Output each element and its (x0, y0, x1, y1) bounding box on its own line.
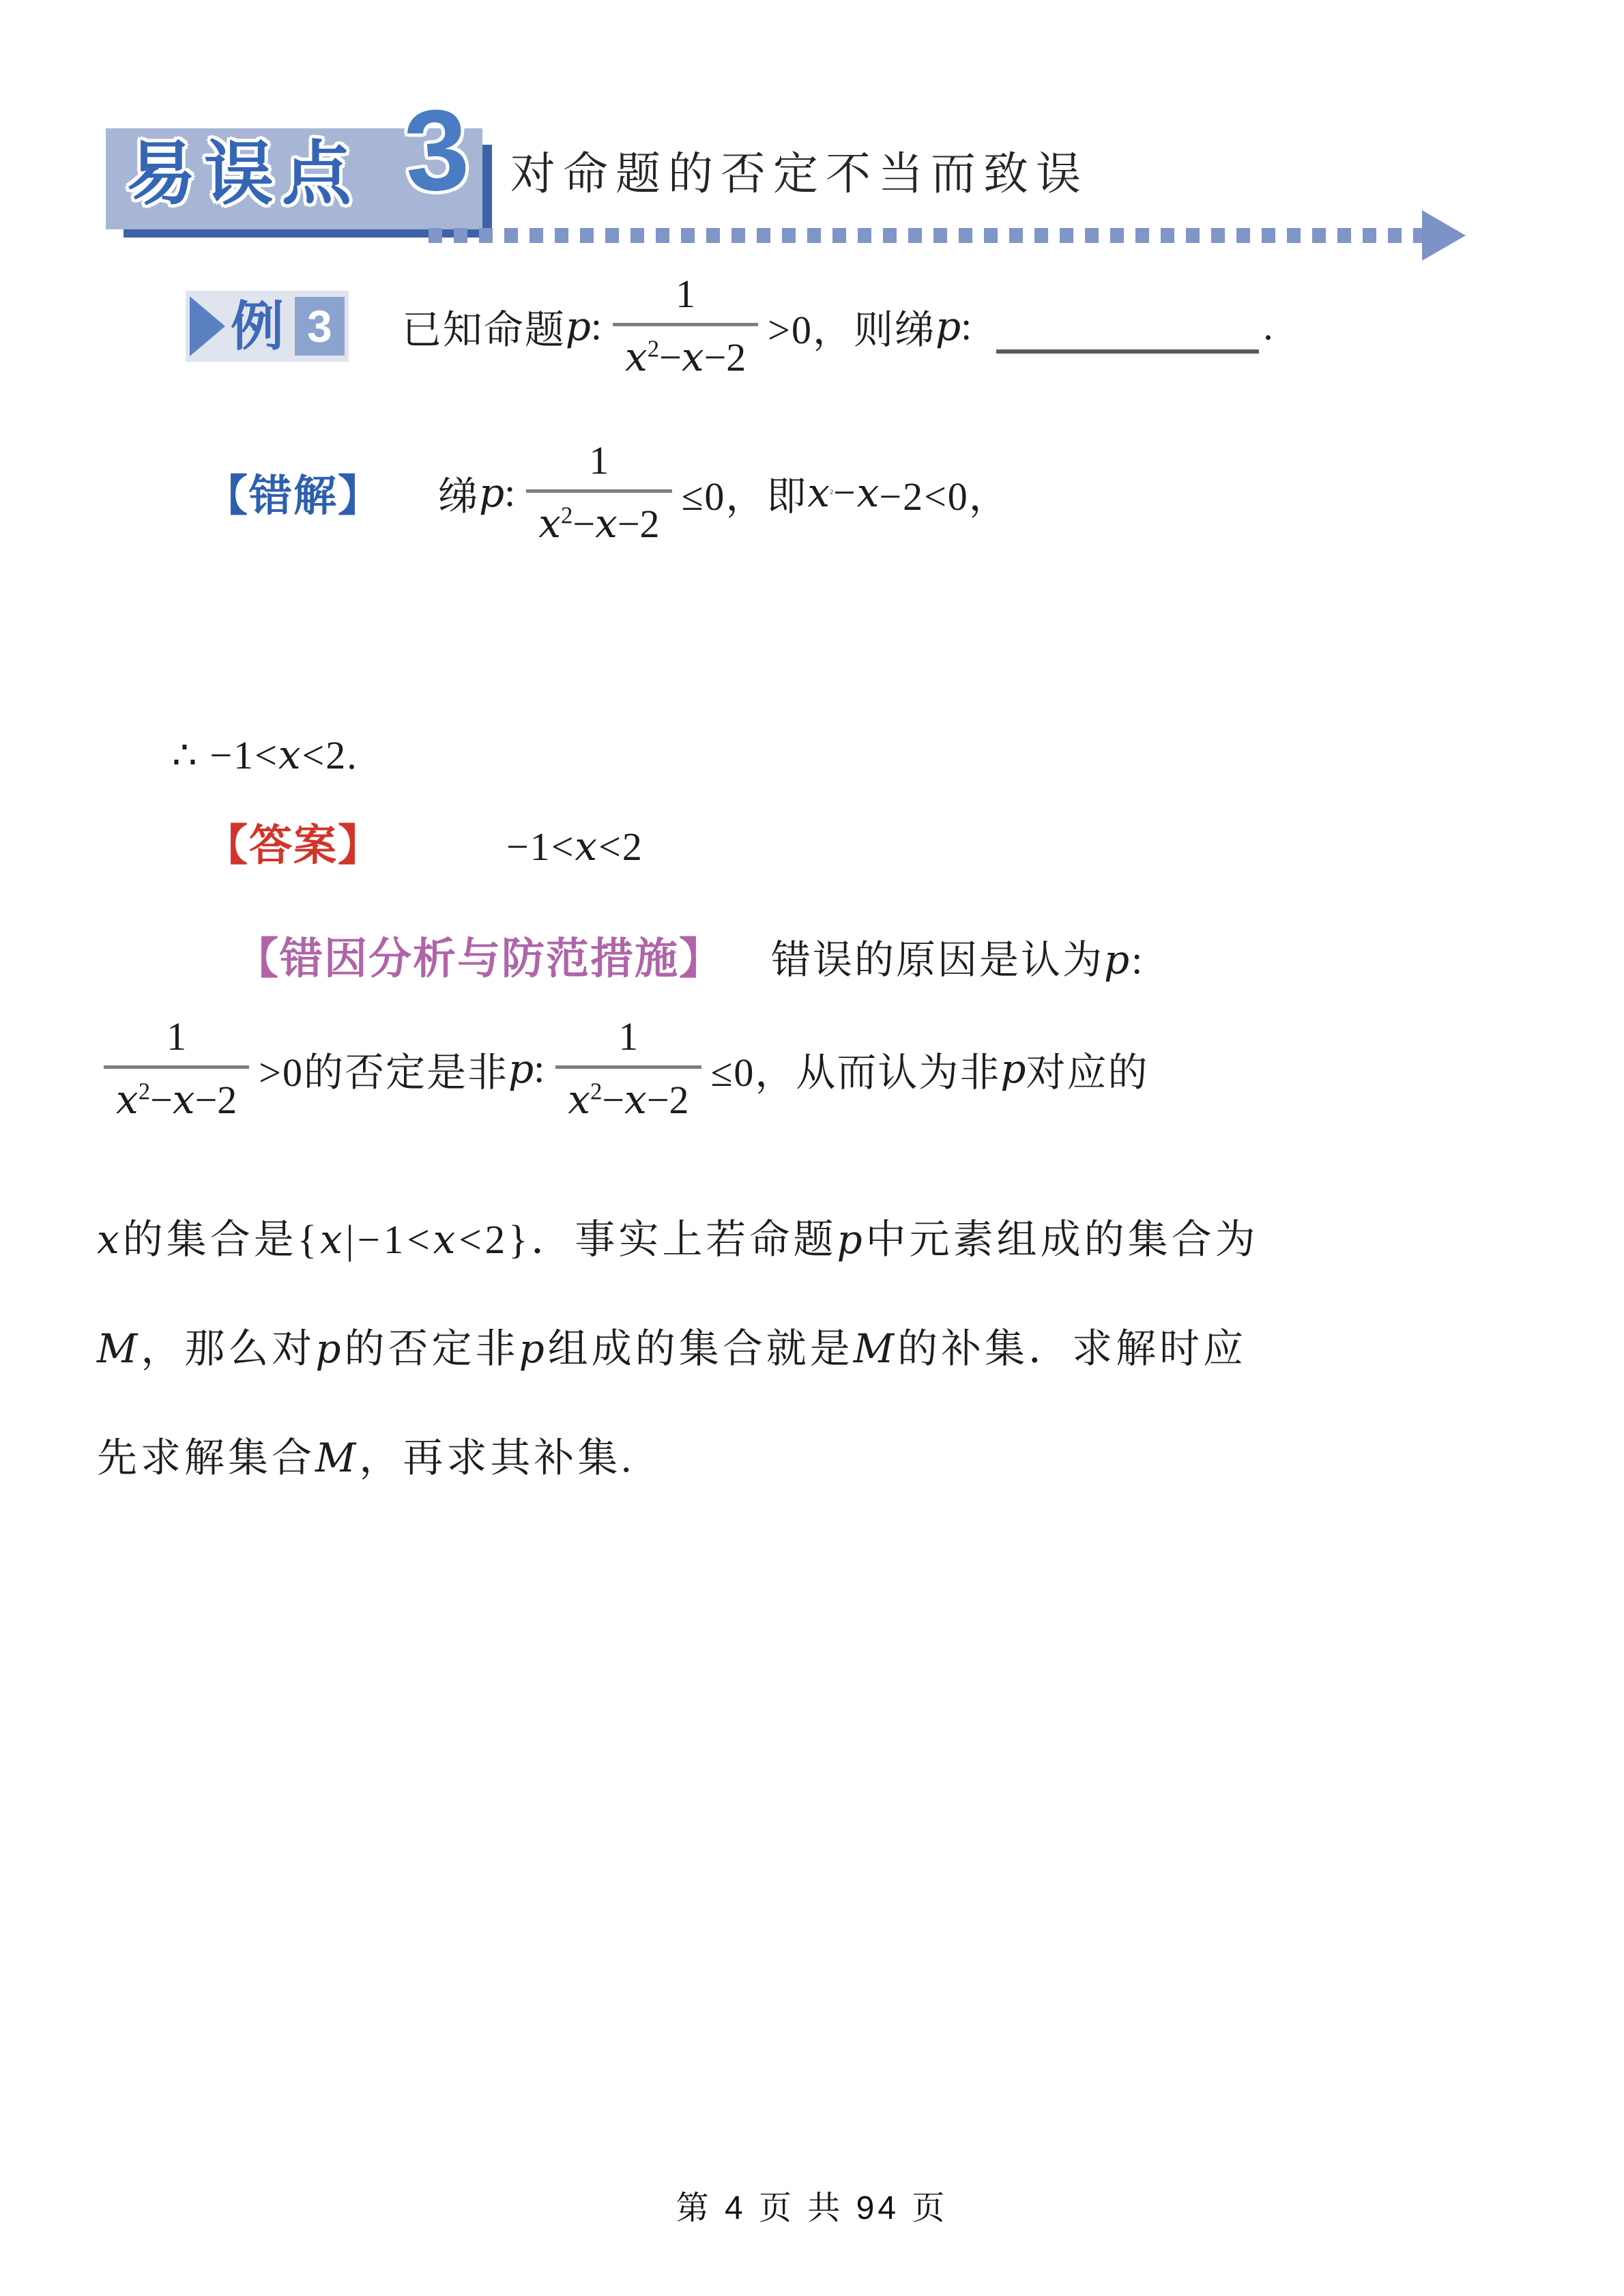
den-tail: −2 (704, 335, 746, 379)
example-lead-text: 已知命题 (402, 298, 566, 355)
exponent: 2 (648, 335, 659, 362)
error-point-badge: 易误点 3 (106, 128, 482, 229)
var-x: x (595, 500, 618, 547)
analysis-tail-text: 对应的 (1026, 1040, 1149, 1097)
example-label: 例 (231, 300, 284, 353)
var-p: p (519, 1325, 548, 1372)
inequality-text: >0， (768, 298, 854, 355)
exponent: 2 (561, 502, 572, 528)
minus: − (572, 502, 595, 546)
var-x: x (278, 732, 302, 778)
var-p: p (1000, 1046, 1026, 1092)
l2-c: <2}．事实上若命题 (459, 1217, 837, 1262)
l3-d: 的补集．求解时应 (897, 1326, 1247, 1371)
var-x: x (624, 1076, 647, 1123)
arrow-head-icon (1422, 210, 1466, 261)
var-x: x (97, 1216, 123, 1263)
var-x: x (807, 470, 830, 516)
var-M: M (97, 1325, 141, 1372)
answer-pre: −1< (506, 824, 575, 869)
conclusion-line: ∴ −1<x<2. (172, 732, 358, 778)
den-tail: −2 (618, 502, 660, 546)
colon: : (961, 303, 973, 349)
inequality-tail: −2<0， (879, 464, 1009, 521)
answer-label: 【答案】 (205, 822, 382, 870)
l3-a: ，那么对 (141, 1326, 315, 1371)
var-M: M (854, 1325, 897, 1372)
conclusion-tail: <2. (302, 733, 358, 777)
den-tail: −2 (195, 1078, 237, 1122)
var-p: p (936, 303, 961, 349)
fraction-denominator: x2−x−2 (613, 323, 758, 381)
var-p: p (479, 470, 504, 516)
colon: : (591, 303, 603, 349)
fraction: 1 x2−x−2 (526, 438, 671, 547)
example-badge: 例 3 (186, 291, 349, 362)
dashed-arrow-line (429, 228, 1426, 243)
fraction: 1 x2−x−2 (613, 272, 758, 380)
var-x: x (625, 334, 648, 380)
l4-b: ，再求其补集. (359, 1435, 635, 1480)
analysis-line-2: x的集合是{x|−1<x<2}．事实上若命题p中元素组成的集合为 (97, 1207, 1259, 1265)
therefore-text: ∴ −1< (172, 733, 278, 777)
analysis-line-4: 先求解集合M，再求其补集. (97, 1425, 635, 1483)
analysis-line-3: M，那么对p的否定非p组成的集合就是M的补集．求解时应 (97, 1316, 1247, 1374)
example-number: 3 (295, 297, 345, 356)
period: . (1263, 303, 1275, 349)
neg-symbol: 绨 (438, 464, 479, 521)
var-x: x (320, 1216, 346, 1263)
den-tail: −2 (647, 1078, 689, 1122)
l2-a: 的集合是{ (123, 1217, 320, 1262)
var-x: x (433, 1216, 459, 1263)
l3-b: 的否定非 (345, 1326, 519, 1371)
answer-row: 【答案】−1<x<2 (205, 811, 643, 873)
var-x: x (538, 500, 561, 547)
analysis-mid-text: >0的否定是非 (259, 1040, 508, 1097)
l3-c: 组成的集合就是 (548, 1326, 854, 1371)
l2-b: |−1< (346, 1217, 433, 1262)
analysis-heading-row: 【错因分析与防范措施】错误的原因是认为p: (235, 924, 1144, 986)
inequality-text: ≤0， (682, 464, 767, 521)
then-text: 则绨 (854, 298, 936, 355)
fraction: 1 x2−x−2 (555, 1014, 701, 1123)
var-x: x (857, 470, 880, 516)
fraction-numerator: 1 (618, 1014, 638, 1065)
colon: : (534, 1046, 546, 1091)
colon: : (1131, 938, 1144, 982)
var-x: x (682, 334, 704, 380)
var-M: M (315, 1435, 359, 1481)
var-x: x (173, 1076, 195, 1123)
page-footer: 第 4 页 共 94 页 (0, 2181, 1624, 2228)
triangle-icon (190, 296, 225, 356)
var-p: p (508, 1046, 534, 1092)
fraction: 1 x2−x−2 (104, 1014, 249, 1123)
analysis-label: 【错因分析与防范措施】 (235, 935, 723, 983)
fraction-denominator: x2−x−2 (104, 1065, 249, 1123)
exponent: 2 (139, 1078, 150, 1104)
var-p: p (837, 1216, 865, 1263)
example-row: 例 3 已知命题p: 1 x2−x−2 >0， 则绨p: . (186, 272, 1275, 380)
var-p: p (315, 1325, 344, 1372)
minus: − (833, 470, 857, 515)
l2-d: 中元素组成的集合为 (866, 1217, 1259, 1262)
analysis-after-text: ≤0，从而认为非 (711, 1040, 1001, 1097)
badge-label: 易误点 (126, 139, 360, 209)
fraction-numerator: 1 (676, 272, 695, 323)
wrong-solution-label: 【错解】 (205, 461, 382, 523)
minus: − (150, 1078, 173, 1122)
answer-blank (996, 349, 1259, 354)
fraction-numerator: 1 (589, 438, 609, 489)
ji-text: 即 (766, 464, 807, 521)
fraction-denominator: x2−x−2 (526, 489, 671, 547)
fraction-numerator: 1 (166, 1014, 186, 1065)
analysis-intro: 错误的原因是认为p: (771, 938, 1144, 982)
textbook-page: 易误点 3 对命题的否定不当而致误 例 3 已知命题p: 1 x2−x−2 >0… (0, 0, 1624, 2296)
exponent: 2 (590, 1078, 602, 1104)
fraction-denominator: x2−x−2 (555, 1065, 701, 1123)
var-p: p (566, 303, 591, 349)
l4-a: 先求解集合 (97, 1435, 315, 1480)
answer-post: <2 (598, 824, 643, 869)
colon: : (504, 470, 517, 515)
intro-text: 错误的原因是认为 (771, 938, 1104, 982)
badge-number: 3 (401, 91, 472, 210)
analysis-fraction-line: 1 x2−x−2 >0的否定是非p: 1 x2−x−2 ≤0，从而认为非p对应的 (94, 1014, 1149, 1123)
minus: − (602, 1078, 624, 1122)
answer-value: −1<x<2 (506, 824, 643, 869)
var-x: x (568, 1076, 590, 1123)
minus: − (659, 335, 682, 379)
var-x: x (575, 823, 598, 870)
var-p: p (1104, 936, 1131, 983)
section-title: 对命题的否定不当而致误 (510, 147, 1088, 201)
wrong-solution-row: 【错解】 绨p: 1 x2−x−2 ≤0， 即x2−x−2<0， (205, 438, 1010, 547)
var-x: x (116, 1076, 139, 1123)
